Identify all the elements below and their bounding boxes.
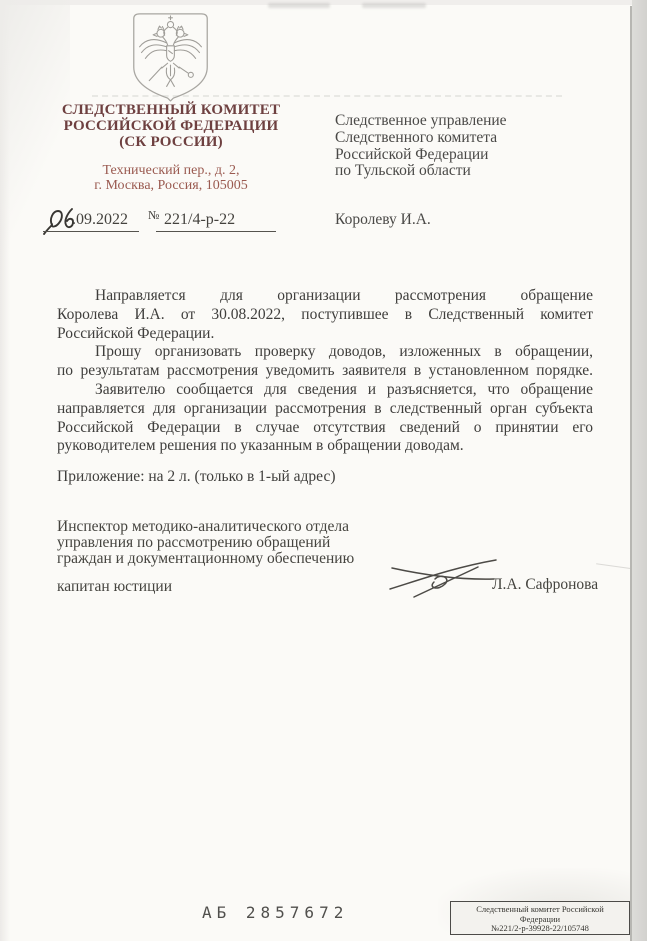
- signer-name: Л.А. Сафронова: [492, 576, 598, 594]
- recipient-line: Следственное управление: [335, 113, 575, 130]
- bleedthrough-smudge: [362, 3, 426, 8]
- letterhead: СЛЕДСТВЕННЫЙ КОМИТЕТ РОССИЙСКОЙ ФЕДЕРАЦИ…: [38, 102, 304, 193]
- date-underline: [43, 231, 139, 232]
- number-underline: [156, 231, 276, 232]
- body-line: по результатам рассмотрения уведомить за…: [57, 362, 593, 381]
- scan-background-band: [632, 0, 647, 941]
- body-line: направляется для организации рассмотрени…: [57, 400, 593, 419]
- org-address-line: Технический пер., д. 2,: [38, 163, 304, 178]
- org-address: Технический пер., д. 2, г. Москва, Росси…: [38, 163, 304, 193]
- recipient-block: Следственное управление Следственного ко…: [335, 113, 575, 180]
- addressee: Королеву И.А.: [335, 211, 431, 229]
- recipient-line: Следственного комитета: [335, 130, 575, 147]
- signer-position-line: Инспектор методико-аналитического отдела: [57, 519, 387, 535]
- org-address-line: г. Москва, Россия, 105005: [38, 178, 304, 193]
- body-line: Направляется для организации рассмотрени…: [57, 287, 593, 306]
- registration-stamp: Следственный комитет Российской Федераци…: [450, 901, 630, 935]
- signer-position-line: управления по рассмотрению обращений: [57, 535, 387, 551]
- attachment-note: Приложение: на 2 л. (только в 1-ый адрес…: [57, 468, 336, 486]
- signer-position-block: Инспектор методико-аналитического отдела…: [57, 519, 387, 568]
- bleedthrough-smudge: [268, 3, 330, 8]
- reference-line: .09.2022 № 221/4-р-22: [40, 205, 320, 239]
- body-line: Заявителю сообщается для сведения и разъ…: [57, 381, 593, 400]
- handwritten-signature: [388, 551, 500, 603]
- letter-body: Направляется для организации рассмотрени…: [57, 287, 593, 456]
- org-name-line: СЛЕДСТВЕННЫЙ КОМИТЕТ: [38, 102, 304, 118]
- signer-rank: капитан юстиции: [57, 578, 172, 596]
- scanned-letter-page: СЛЕДСТВЕННЫЙ КОМИТЕТ РОССИЙСКОЙ ФЕДЕРАЦИ…: [0, 0, 647, 941]
- coat-of-arms-icon: [127, 9, 214, 102]
- recipient-line: Российской Федерации: [335, 147, 575, 164]
- number-sign: №: [148, 208, 159, 223]
- document-number: 221/4-р-22: [164, 211, 235, 229]
- form-serial-number: АБ 2857672: [202, 903, 348, 922]
- stamp-line: №221/2-р-39928-22/105748: [451, 924, 629, 934]
- body-line: Королева И.А. от 30.08.2022, поступившее…: [57, 306, 593, 325]
- org-name-line: (СК РОССИИ): [38, 134, 304, 150]
- document-date: .09.2022: [72, 211, 128, 229]
- body-line: Российской Федерации в случае отсутствия…: [57, 419, 593, 438]
- recipient-line: по Тульской области: [335, 163, 575, 180]
- signer-position-line: граждан и документационному обеспечению: [57, 551, 387, 567]
- org-name-line: РОССИЙСКОЙ ФЕДЕРАЦИИ: [38, 118, 304, 134]
- body-line: Российской Федерации.: [57, 325, 593, 344]
- body-line: руководителем решения по указанным в обр…: [57, 437, 593, 456]
- body-line: Прошу организовать проверку доводов, изл…: [57, 343, 593, 362]
